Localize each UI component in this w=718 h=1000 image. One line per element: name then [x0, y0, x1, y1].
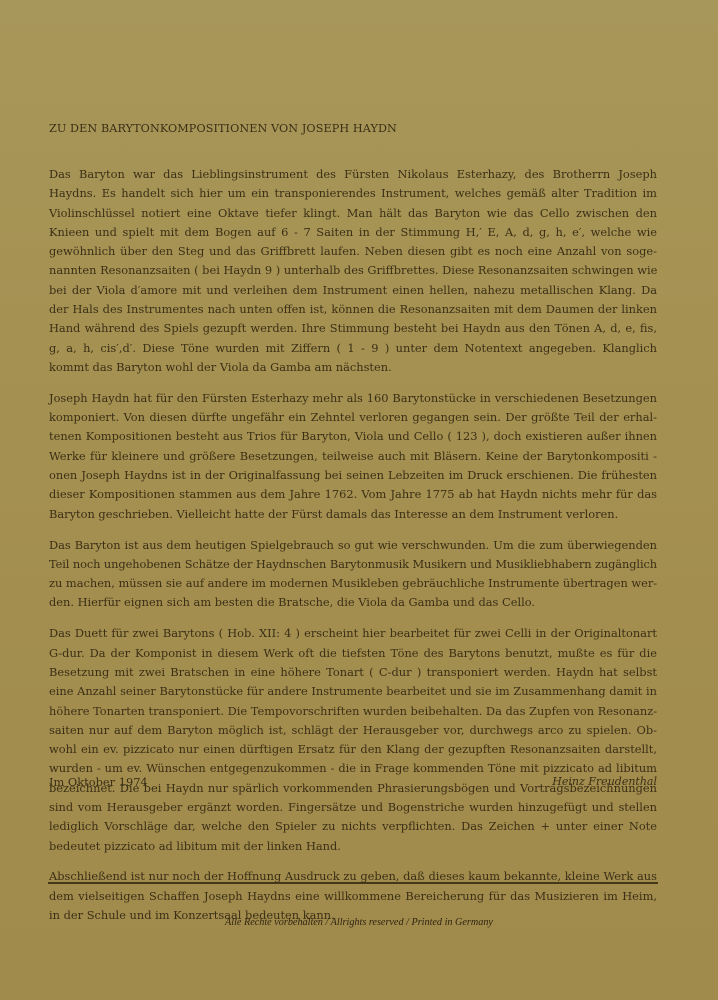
text-line: Haydns. Es handelt sich hier um ein tran… — [49, 184, 657, 203]
text-line: höhere Tonarten transponiert. Die Tempov… — [49, 702, 657, 721]
text-line: Besetzung mit zwei Bratschen in eine höh… — [49, 663, 657, 682]
paragraph: Das Baryton war das Lieblingsinstrument … — [49, 165, 657, 377]
copyright-footer: Alle Rechte vorbehalten / Allrights rese… — [0, 917, 718, 928]
text-line: eine Anzahl seiner Barytonstücke für and… — [49, 682, 657, 701]
document-body: Das Baryton war das Lieblingsinstrument … — [49, 165, 657, 937]
text-line: Teil noch ungehobenen Schätze der Haydns… — [49, 555, 657, 574]
text-line: kommt das Baryton wohl der Viola da Gamb… — [49, 358, 657, 377]
text-line: zu machen, müssen sie auf andere im mode… — [49, 574, 657, 593]
text-line: der Hals des Instrumentes nach unten off… — [49, 300, 657, 319]
text-line: Joseph Haydn hat für den Fürsten Esterha… — [49, 389, 657, 408]
signoff: Im Oktober 1974 Heinz Freudenthal — [49, 775, 657, 789]
paragraph: Das Baryton ist aus dem heutigen Spielge… — [49, 536, 657, 613]
text-line: gewöhnlich über den Steg und das Griffbr… — [49, 242, 657, 261]
text-line: Violinschlüssel notiert eine Oktave tief… — [49, 204, 657, 223]
text-line: g, a, h, cis′,d′. Diese Töne wurden mit … — [49, 339, 657, 358]
text-line: den. Hierfür eignen sich am besten die B… — [49, 593, 657, 612]
text-line: Das Duett für zwei Barytons ( Hob. XII: … — [49, 624, 657, 643]
date-line: Im Oktober 1974 — [49, 775, 148, 789]
text-line: lediglich Vorschläge dar, welche den Spi… — [49, 817, 657, 836]
text-line: bei der Viola d′amore mit und verleihen … — [49, 281, 657, 300]
text-line: dieser Kompositionen stammen aus dem Jah… — [49, 485, 657, 504]
paragraph: Das Duett für zwei Barytons ( Hob. XII: … — [49, 624, 657, 856]
paragraph: Joseph Haydn hat für den Fürsten Esterha… — [49, 389, 657, 524]
text-line: saiten nur auf dem Baryton möglich ist, … — [49, 721, 657, 740]
document-title: ZU DEN BARYTONKOMPOSITIONEN VON JOSEPH H… — [49, 122, 397, 135]
text-line: Knieen und spielt mit dem Bogen auf 6 - … — [49, 223, 657, 242]
text-line: bedeutet pizzicato ad libitum mit der li… — [49, 837, 657, 856]
text-line: Hand während des Spiels gezupft werden. … — [49, 319, 657, 338]
text-line: Baryton geschrieben. Vielleicht hatte de… — [49, 505, 657, 524]
text-line: nannten Resonanzsaiten ( bei Haydn 9 ) u… — [49, 261, 657, 280]
text-line: wohl ein ev. pizzicato nur einen dürftig… — [49, 740, 657, 759]
text-line: tenen Kompositionen besteht aus Trios fü… — [49, 427, 657, 446]
text-line: G-dur. Da der Komponist in diesem Werk o… — [49, 644, 657, 663]
text-line: Das Baryton war das Lieblingsinstrument … — [49, 165, 657, 184]
text-line: Werke für kleinere und größere Besetzung… — [49, 447, 657, 466]
text-line: Das Baryton ist aus dem heutigen Spielge… — [49, 536, 657, 555]
text-line: dem vielseitigen Schaffen Joseph Haydns … — [49, 887, 657, 906]
text-line: komponiert. Von diesen dürfte ungefähr e… — [49, 408, 657, 427]
footer-divider — [48, 882, 658, 884]
text-line: sind vom Herausgeber ergänzt worden. Fin… — [49, 798, 657, 817]
text-line: onen Joseph Haydns ist in der Originalfa… — [49, 466, 657, 485]
author-signature: Heinz Freudenthal — [552, 775, 657, 789]
